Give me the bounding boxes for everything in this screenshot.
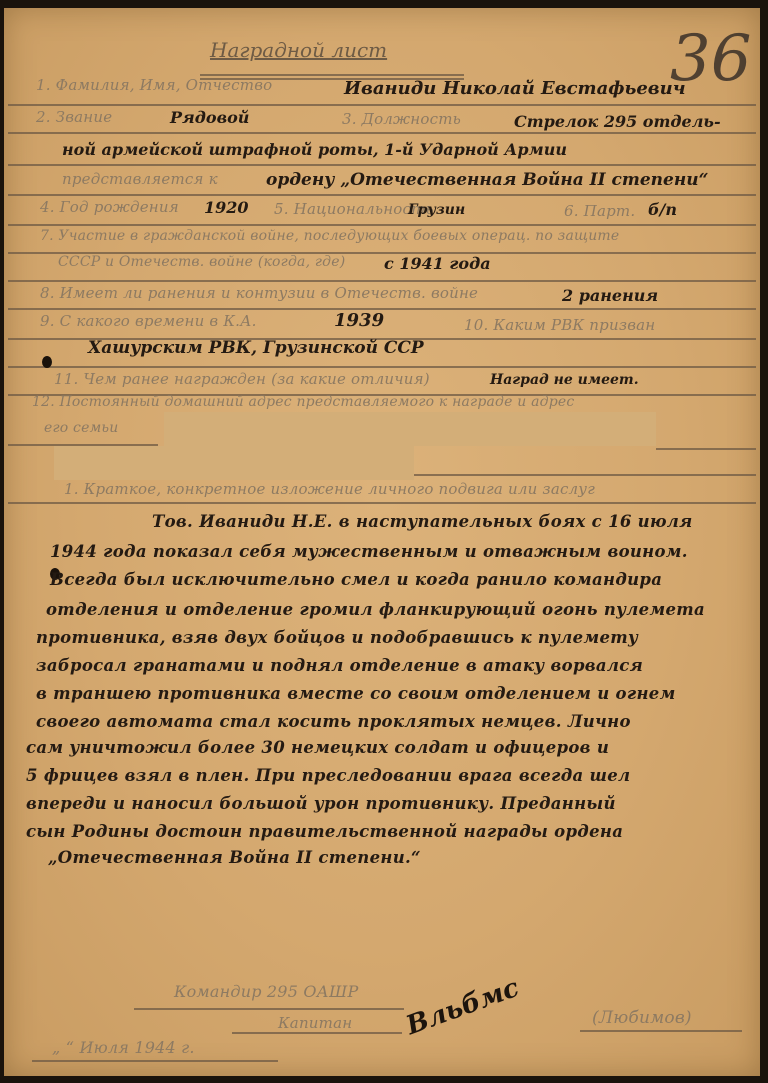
field-3-value: Стрелок 295 отдель- [514, 112, 721, 131]
feat-line: 1944 года показал себя мужественным и от… [50, 542, 688, 561]
feat-line: в траншею противника вместе со своим отд… [36, 684, 676, 703]
commander-name: (Любимов) [592, 1008, 692, 1028]
line-13 [414, 474, 756, 476]
signature-date: „ “ Июля 1944 г. [52, 1038, 195, 1057]
field-8-value: 2 ранения [562, 286, 658, 305]
feat-line: отделения и отделение громил фланкирующи… [46, 600, 705, 619]
name-line [580, 1030, 742, 1032]
field-7-label: 7. Участие в гражданской войне, последую… [40, 228, 619, 244]
feat-line: 5 фрицев взял в плен. При преследовании … [26, 766, 630, 785]
line-3 [8, 164, 756, 166]
date-line [32, 1060, 278, 1062]
field-12-label-continued: его семьи [44, 420, 118, 436]
commander-line [134, 1008, 404, 1010]
feat-section-label: 1. Краткое, конкретное изложение личного… [64, 480, 595, 498]
field-9-value: 1939 [334, 310, 384, 331]
commander-title: Командир 295 ОАШР [174, 982, 358, 1001]
redacted-address-2 [54, 446, 414, 480]
line-5 [8, 224, 756, 226]
line-7 [8, 280, 756, 282]
feat-line: своего автомата стал косить проклятых не… [36, 712, 631, 731]
field-8-label: 8. Имеет ли ранения и контузии в Отечест… [40, 284, 478, 302]
award-sheet-page: Наградной лист 36 1. Фамилия, Имя, Отчес… [4, 8, 760, 1076]
field-11-label: 11. Чем ранее награжден (за какие отличи… [54, 370, 430, 388]
field-12-label: 12. Постоянный домашний адрес представля… [32, 394, 574, 410]
redacted-address [164, 412, 656, 446]
field-11-value: Наград не имеет. [490, 372, 639, 388]
feat-line: забросал гранатами и поднял отделение в … [36, 656, 643, 675]
field-7-value: с 1941 года [384, 254, 491, 273]
field-1-value: Иваниди Николай Евстафьевич [344, 78, 686, 99]
field-10-label: 10. Каким РВК призван [464, 316, 655, 334]
line-10 [8, 366, 756, 368]
field-6-value: б/п [648, 200, 677, 219]
feat-line: „Отечественная Война II степени.“ [48, 848, 421, 867]
feat-line: сын Родины достоин правительственной наг… [26, 822, 623, 841]
line-4 [8, 194, 756, 196]
feat-line: противника, взяв двух бойцов и подобравш… [36, 628, 638, 647]
nomination-value: ордену „Отечественная Война II степени“ [266, 170, 708, 190]
nomination-label: представляется к [62, 170, 218, 188]
field-10-value: Хашурским РВК, Грузинской ССР [88, 338, 424, 358]
field-9-label: 9. С какого времени в К.А. [40, 312, 257, 330]
field-4-value: 1920 [204, 198, 249, 217]
field-3-label: 3. Должность [342, 110, 461, 128]
field-7-label-continued: СССР и Отечеств. войне (когда, где) [58, 254, 345, 270]
field-2-value: Рядовой [170, 108, 249, 127]
field-3-value-continued: ной армейской штрафной роты, 1-й Ударной… [62, 140, 567, 159]
field-1-label: 1. Фамилия, Имя, Отчество [36, 76, 272, 94]
field-5-value: Грузин [408, 202, 465, 218]
line-1 [8, 104, 756, 106]
field-4-label: 4. Год рождения [40, 198, 179, 216]
field-6-label: 6. Парт. [564, 202, 635, 220]
field-2-label: 2. Звание [36, 108, 112, 126]
feat-line: впереди и наносил большой урон противник… [26, 794, 616, 813]
line-2 [8, 132, 756, 134]
line-12a [8, 444, 158, 446]
commander-signature: Вльбмс [402, 973, 523, 1041]
rank-line [232, 1032, 402, 1034]
feat-line: сам уничтожил более 30 немецких солдат и… [26, 738, 609, 757]
feat-line: Всегда был исключительно смел и когда ра… [50, 570, 662, 589]
feat-line: Тов. Иваниди Н.Е. в наступательных боях … [152, 512, 693, 531]
line-12b [656, 448, 756, 450]
ink-blot [42, 356, 52, 368]
document-title: Наградной лист [210, 38, 387, 62]
commander-rank: Капитан [278, 1014, 352, 1032]
line-14 [8, 502, 756, 504]
